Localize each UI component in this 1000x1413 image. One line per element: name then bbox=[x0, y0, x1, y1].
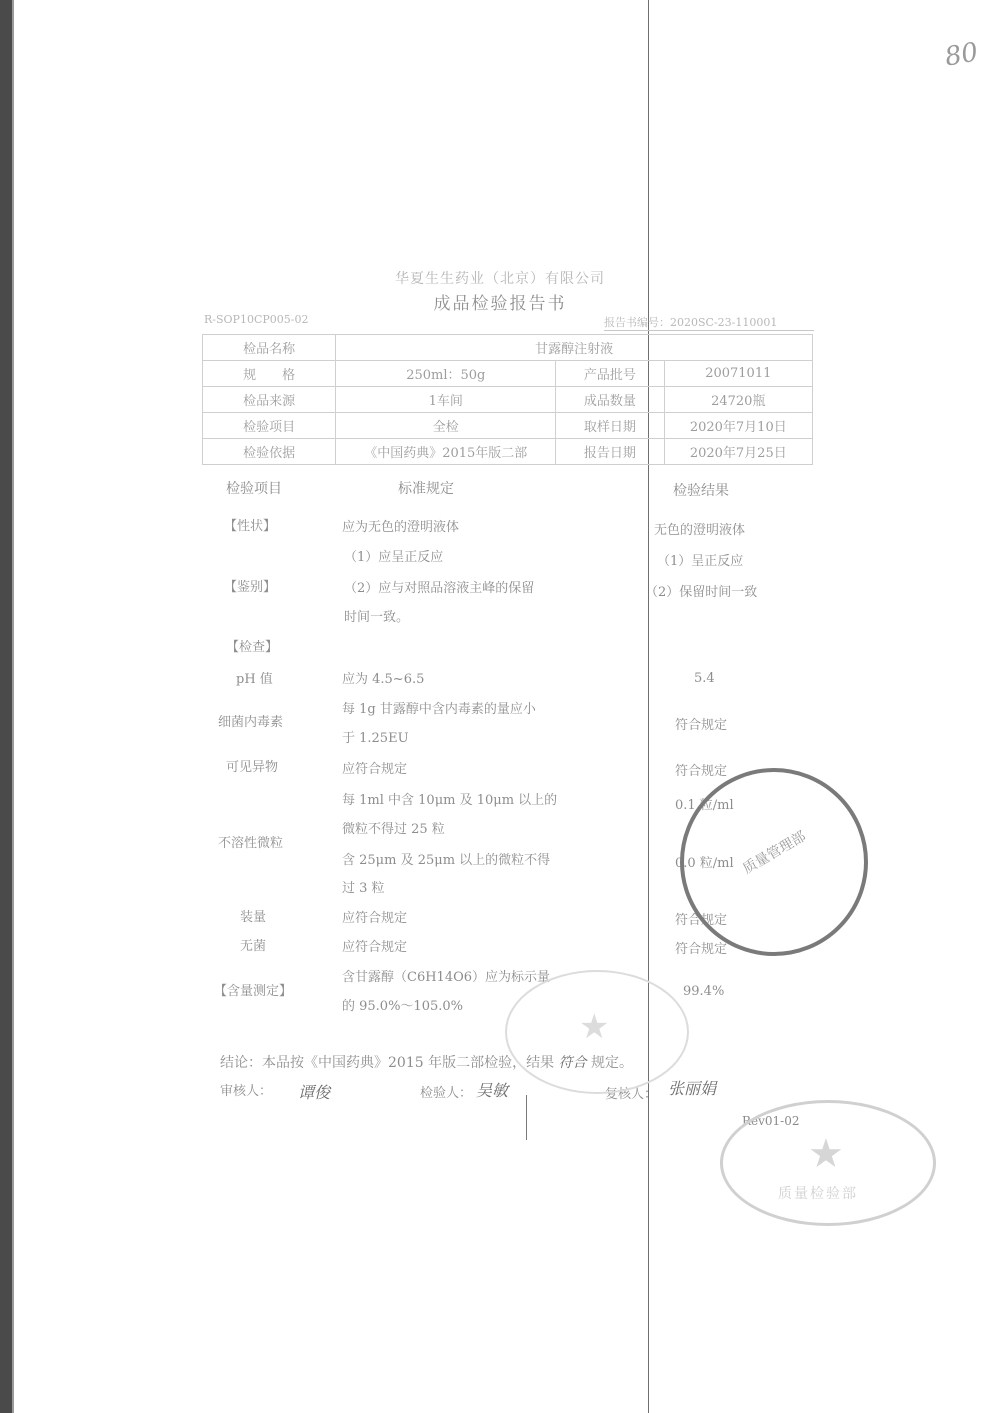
item-visible-particles: 可见异物 bbox=[226, 756, 278, 775]
product-info-table: 检品名称 甘露醇注射液 规 格 250ml：50g 产品批号 20071011 … bbox=[202, 334, 813, 465]
label-report-date: 报告日期 bbox=[556, 439, 664, 465]
standard-particles-1b: 微粒不得过 25 粒 bbox=[342, 818, 445, 837]
result-assay: 99.4% bbox=[683, 984, 724, 999]
result-particles-1: 0.1 粒/ml bbox=[675, 794, 734, 813]
item-endotoxin: 细菌内毒素 bbox=[218, 711, 283, 730]
inspector-label: 检验人： bbox=[420, 1082, 472, 1101]
value-sampling-date: 2020年7月10日 bbox=[664, 413, 812, 439]
result-identification-1: （1）呈正反应 bbox=[657, 550, 743, 569]
standard-particles-2a: 含 25μm 及 25μm 以上的微粒不得 bbox=[342, 849, 550, 868]
faint-seal: ★ bbox=[505, 970, 689, 1094]
standard-fill-volume: 应符合规定 bbox=[342, 907, 407, 926]
value-test-items: 全检 bbox=[336, 413, 556, 439]
result-sterility: 符合规定 bbox=[675, 938, 727, 957]
signature-stroke bbox=[526, 1095, 527, 1140]
standard-identification-2b: 时间一致。 bbox=[344, 606, 409, 625]
handwritten-result: 符合 bbox=[559, 1055, 587, 1071]
label-spec: 规 格 bbox=[203, 361, 336, 387]
result-endotoxin: 符合规定 bbox=[675, 714, 727, 733]
result-fill-volume: 符合规定 bbox=[675, 909, 727, 928]
scan-edge-shadow bbox=[12, 0, 14, 1413]
item-ph: pH 值 bbox=[236, 668, 273, 687]
standard-particles-1a: 每 1ml 中含 10μm 及 10μm 以上的 bbox=[342, 789, 557, 808]
table-row: 检验依据 《中国药典》2015年版二部 报告日期 2020年7月25日 bbox=[203, 439, 813, 465]
reviewer-signature: 谭俊 bbox=[298, 1080, 330, 1103]
checker-signature: 张丽娟 bbox=[668, 1076, 716, 1099]
column-header-result: 检验结果 bbox=[673, 480, 729, 500]
standard-particles-2b: 过 3 粒 bbox=[342, 877, 385, 896]
label-product-name: 检品名称 bbox=[203, 335, 336, 361]
handwritten-page-number: 80 bbox=[943, 37, 981, 72]
label-quantity: 成品数量 bbox=[556, 387, 664, 413]
label-source: 检品来源 bbox=[203, 387, 336, 413]
value-batch: 20071011 bbox=[664, 361, 812, 387]
table-row: 检品来源 1车间 成品数量 24720瓶 bbox=[203, 387, 813, 413]
label-batch: 产品批号 bbox=[556, 361, 664, 387]
item-fill-volume: 装量 bbox=[240, 906, 266, 925]
standard-endotoxin-a: 每 1g 甘露醇中含内毒素的量应小 bbox=[342, 698, 536, 717]
standard-endotoxin-b: 于 1.25EU bbox=[342, 727, 409, 746]
label-test-items: 检验项目 bbox=[203, 413, 336, 439]
value-report-date: 2020年7月25日 bbox=[664, 439, 812, 465]
page-fold-line bbox=[648, 0, 649, 1413]
table-row: 检品名称 甘露醇注射液 bbox=[203, 335, 813, 361]
report-number-underline bbox=[604, 330, 814, 331]
value-basis: 《中国药典》2015年版二部 bbox=[336, 439, 556, 465]
standard-identification-1: （1）应呈正反应 bbox=[344, 546, 443, 565]
result-identification-2: （2）保留时间一致 bbox=[645, 581, 757, 600]
heading-inspection: 【检查】 bbox=[226, 636, 278, 655]
result-particles-2: 0.0 粒/ml bbox=[675, 852, 734, 871]
report-number: 报告书编号：2020SC-23-110001 bbox=[604, 314, 777, 330]
result-visible-particles: 符合规定 bbox=[675, 760, 727, 779]
standard-visible-particles: 应符合规定 bbox=[342, 758, 407, 777]
item-insoluble-particles: 不溶性微粒 bbox=[218, 832, 283, 851]
checker-label: 复核人： bbox=[605, 1083, 657, 1102]
standard-ph: 应为 4.5~6.5 bbox=[342, 668, 424, 687]
table-row: 检验项目 全检 取样日期 2020年7月10日 bbox=[203, 413, 813, 439]
reviewer-label: 审核人： bbox=[220, 1080, 272, 1099]
result-ph: 5.4 bbox=[694, 671, 715, 686]
scan-edge-strip bbox=[0, 0, 12, 1413]
value-product-name: 甘露醇注射液 bbox=[336, 335, 813, 361]
standard-identification-2a: （2）应与对照品溶液主峰的保留 bbox=[344, 577, 534, 596]
result-character: 无色的澄明液体 bbox=[654, 519, 745, 538]
report-title: 成品检验报告书 bbox=[0, 289, 1000, 314]
standard-assay-a: 含甘露醇（C6H14O6）应为标示量 bbox=[342, 966, 550, 985]
value-source: 1车间 bbox=[336, 387, 556, 413]
value-quantity: 24720瓶 bbox=[664, 387, 812, 413]
inspector-signature: 吴敏 bbox=[476, 1078, 508, 1101]
value-spec: 250ml：50g bbox=[336, 361, 556, 387]
label-basis: 检验依据 bbox=[203, 439, 336, 465]
item-character: 【性状】 bbox=[224, 515, 276, 534]
column-header-item: 检验项目 bbox=[226, 478, 282, 498]
label-sampling-date: 取样日期 bbox=[556, 413, 664, 439]
column-header-standard: 标准规定 bbox=[398, 478, 454, 498]
standard-assay-b: 的 95.0%～105.0% bbox=[342, 995, 463, 1014]
revision-code: Rev01-02 bbox=[742, 1114, 800, 1128]
standard-character: 应为无色的澄明液体 bbox=[342, 516, 459, 535]
conclusion: 结论：本品按《中国药典》2015 年版二部检验，结果 符合 规定。 bbox=[220, 1052, 633, 1072]
item-assay: 【含量测定】 bbox=[214, 980, 292, 999]
table-row: 规 格 250ml：50g 产品批号 20071011 bbox=[203, 361, 813, 387]
document-code: R-SOP10CP005-02 bbox=[204, 313, 308, 326]
item-identification: 【鉴别】 bbox=[224, 576, 276, 595]
company-name: 华夏生生药业（北京）有限公司 bbox=[0, 268, 1000, 288]
item-sterility: 无菌 bbox=[240, 935, 266, 954]
standard-sterility: 应符合规定 bbox=[342, 936, 407, 955]
